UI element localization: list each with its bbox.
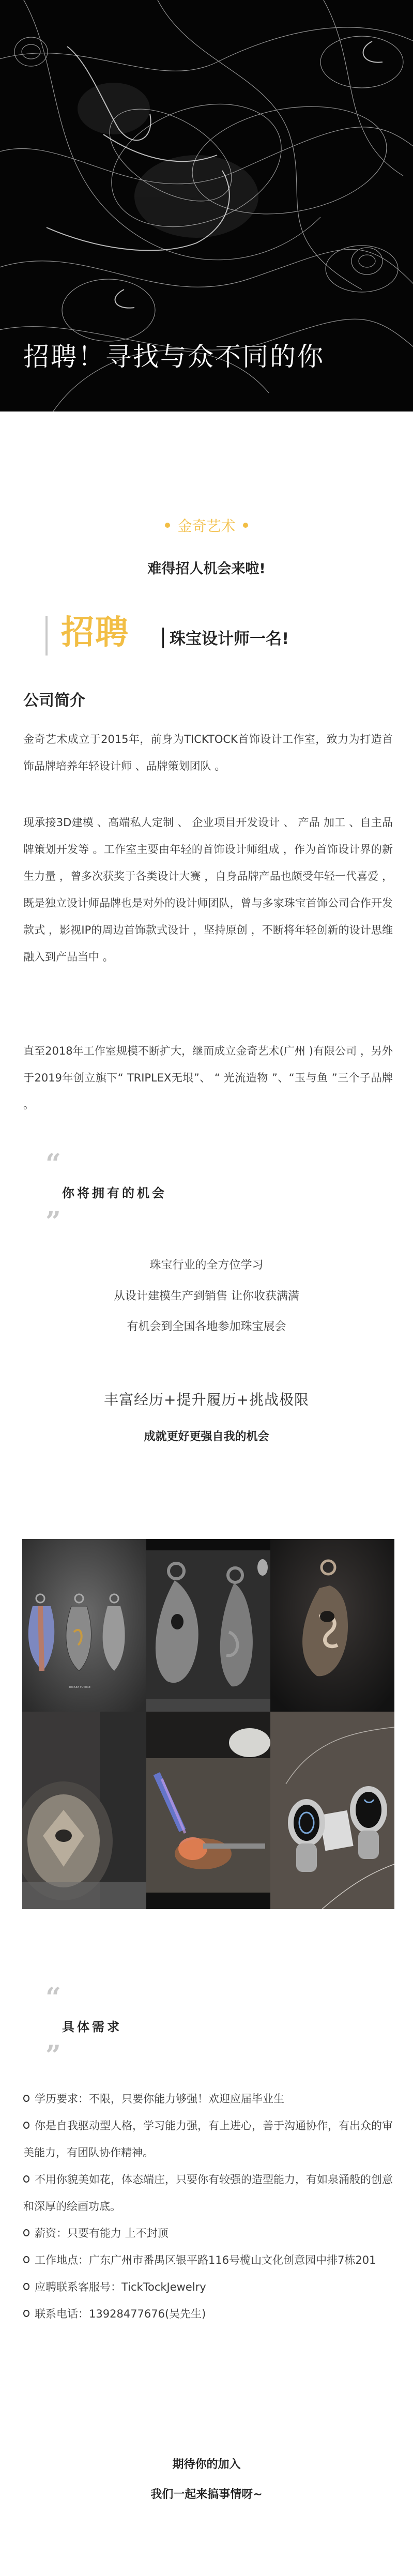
slogan: 丰富经历+提升履历+挑战极限: [0, 1389, 413, 1409]
requirement-item: 工作地点：广东广州市番禺区银平路116号榄山文化创意园中排7栋201: [23, 2247, 395, 2274]
recruit-label: 招聘: [61, 606, 129, 653]
circle-bullet-icon: [23, 2175, 29, 2183]
opportunities-heading-block: “ 你将拥有的机会 ”: [45, 1154, 167, 1232]
requirements-list: 学历要求：不限，只要你能力够强！欢迎应届毕业生 你是自我驱动型人格，学习能力强，…: [23, 2085, 395, 2327]
opportunity-line: 从设计建模生产到销售 让你收获满满: [0, 1287, 413, 1303]
hero-title: 招聘！寻找与众不同的你: [23, 336, 325, 373]
circle-bullet-icon: [23, 2283, 29, 2290]
photo-torch-soldering: [146, 1712, 270, 1909]
accent-bar: [45, 616, 48, 656]
requirement-item: 你是自我驱动型人格，学习能力强，有上进心，善于沟通协作，有出众的审美能力，有团队…: [23, 2112, 395, 2166]
photo-gallery: TRIPLEX FUTURE: [22, 1539, 394, 1909]
gold-dot-icon: [165, 523, 170, 528]
photo-pendant-design-sketches: TRIPLEX FUTURE: [22, 1539, 146, 1712]
slogan-sub: 成就更好更强自我的机会: [0, 1428, 413, 1444]
requirement-text: 你是自我驱动型人格，学习能力强，有上进心，善于沟通协作，有出众的审美能力，有团队…: [23, 2120, 393, 2159]
requirement-phone: 联系电话：13928477676(吴先生): [35, 2308, 206, 2320]
close-quote-icon: ”: [45, 2046, 122, 2066]
requirement-item: 学历要求：不限，只要你能力够强！欢迎应届毕业生: [23, 2085, 395, 2112]
recruitment-page: 招聘！寻找与众不同的你 金奇艺术 难得招人机会来啦! 招聘 珠宝设计师一名! 公…: [0, 0, 413, 2576]
circle-bullet-icon: [23, 2122, 29, 2129]
requirement-text: 薪资：只要有能力 上不封顶: [35, 2227, 169, 2239]
divider: [162, 628, 164, 648]
open-quote-icon: “: [45, 1154, 167, 1175]
position-title: 珠宝设计师一名!: [170, 626, 289, 649]
requirement-text: 不用你貌美如花，体态端庄，只要你有较强的造型能力，有如泉涌般的创意和深厚的绘画功…: [23, 2173, 393, 2213]
company-heading: 公司简介: [23, 688, 85, 710]
circle-bullet-icon: [23, 2095, 29, 2102]
company-paragraph: 现承接3D建模 、高端私人定制 、 企业项目开发设计 、 产品 加工 、自主品牌…: [23, 809, 393, 970]
photo-pendant-3d-model: [146, 1539, 270, 1712]
close-quote-icon: ”: [45, 1212, 167, 1232]
photo-eye-ring-closeup: [22, 1712, 146, 1909]
open-quote-icon: “: [45, 1988, 122, 2008]
requirement-text: 工作地点：广东广州市番禺区银平路116号榄山文化创意园中排7栋201: [35, 2254, 376, 2266]
requirement-item: 薪资：只要有能力 上不封顶: [23, 2220, 395, 2247]
photo-pendant-on-leather: [270, 1539, 394, 1712]
requirements-heading-block: “ 具体需求 ”: [45, 1988, 122, 2066]
requirements-heading: 具体需求: [62, 2016, 122, 2038]
brand-label: 金奇艺术: [177, 517, 235, 535]
requirement-item: 联系电话：13928477676(吴先生): [23, 2300, 395, 2327]
opportunities-heading: 你将拥有的机会: [62, 1182, 167, 1205]
gold-dot-icon: [243, 523, 248, 528]
circle-bullet-icon: [23, 2256, 29, 2263]
circle-bullet-icon: [23, 2310, 29, 2317]
requirement-item: 应聘联系客服号：TickTockJewelry: [23, 2274, 395, 2300]
requirement-item: 不用你貌美如花，体态端庄，只要你有较强的造型能力，有如泉涌般的创意和深厚的绘画功…: [23, 2166, 395, 2220]
circle-bullet-icon: [23, 2229, 29, 2236]
photo-astronaut-earrings: [270, 1712, 394, 1909]
requirement-text: 学历要求：不限，只要你能力够强！欢迎应届毕业生: [35, 2093, 284, 2105]
closing-line-2: 我们一起来搞事情呀~: [0, 2486, 413, 2502]
hero-banner: 招聘！寻找与众不同的你: [0, 0, 413, 411]
company-paragraph: 金奇艺术成立于2015年，前身为TICKTOCK首饰设计工作室，致力为打造首饰品…: [23, 726, 393, 780]
svg-text:TRIPLEX FUTURE: TRIPLEX FUTURE: [68, 1686, 90, 1689]
opportunity-line: 珠宝行业的全方位学习: [0, 1256, 413, 1272]
brand-tagline: 难得招人机会来啦!: [0, 557, 413, 577]
requirement-text: 应聘联系客服号：TickTockJewelry: [35, 2281, 206, 2293]
closing-line-1: 期待你的加入: [0, 2456, 413, 2472]
company-paragraph: 直至2018年工作室规模不断扩大，继而成立金奇艺术(广州 )有限公司 ，另外于2…: [23, 1038, 393, 1118]
brand-name: 金奇艺术: [0, 515, 413, 536]
opportunity-line: 有机会到全国各地参加珠宝展会: [0, 1318, 413, 1334]
